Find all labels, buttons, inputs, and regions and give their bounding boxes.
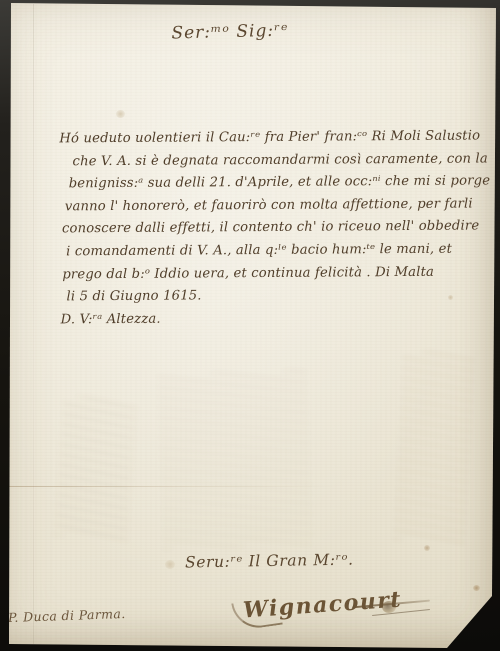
body-line: prego dal b:ᵒ Iddio uera, et continua fe… xyxy=(60,261,460,286)
body-line: li 5 di Giugno 1615. xyxy=(60,284,460,309)
body-line: Hó ueduto uolentieri il Cau:ʳᵉ fra Pier'… xyxy=(59,126,459,151)
paper-edge-line xyxy=(33,4,34,644)
bleed-through-stain xyxy=(53,396,138,541)
bleed-through-stain xyxy=(393,350,475,544)
bleed-through-stain xyxy=(157,369,313,549)
body-line: che V. A. si è degnata raccomandarmi cos… xyxy=(59,148,459,173)
body-line: benigniss:ᵃ sua delli 21. d'Aprile, et a… xyxy=(60,171,460,196)
salutation: Ser:ᵐᵒ Sig:ʳᵉ xyxy=(0,16,460,48)
foxing-spot xyxy=(116,110,125,118)
foxing-spot xyxy=(424,545,430,551)
body-line: D. V:ʳᵃ Altezza. xyxy=(61,306,461,331)
recipient-annotation: P. Duca di Parma. xyxy=(8,606,126,625)
body-line: conoscere dalli effetti, il contento ch'… xyxy=(60,216,460,241)
foxing-spot xyxy=(473,585,480,591)
foxing-spot xyxy=(165,560,175,569)
letter-body: Hó ueduto uolentieri il Cau:ʳᵉ fra Pier'… xyxy=(59,126,460,332)
paper-sheet: Ser:ᵐᵒ Sig:ʳᵉ Hó ueduto uolentieri il Ca… xyxy=(0,0,500,651)
body-line: i comandamenti di V. A., alla q:ˡᵉ bacio… xyxy=(60,239,460,264)
body-line: vanno l' honorerò, et fauorirò con molta… xyxy=(60,193,460,218)
closing-line: Seru:ʳᵉ Il Gran M:ʳᵒ. xyxy=(185,551,354,572)
letter-scan: Ser:ᵐᵒ Sig:ʳᵉ Hó ueduto uolentieri il Ca… xyxy=(0,0,500,651)
